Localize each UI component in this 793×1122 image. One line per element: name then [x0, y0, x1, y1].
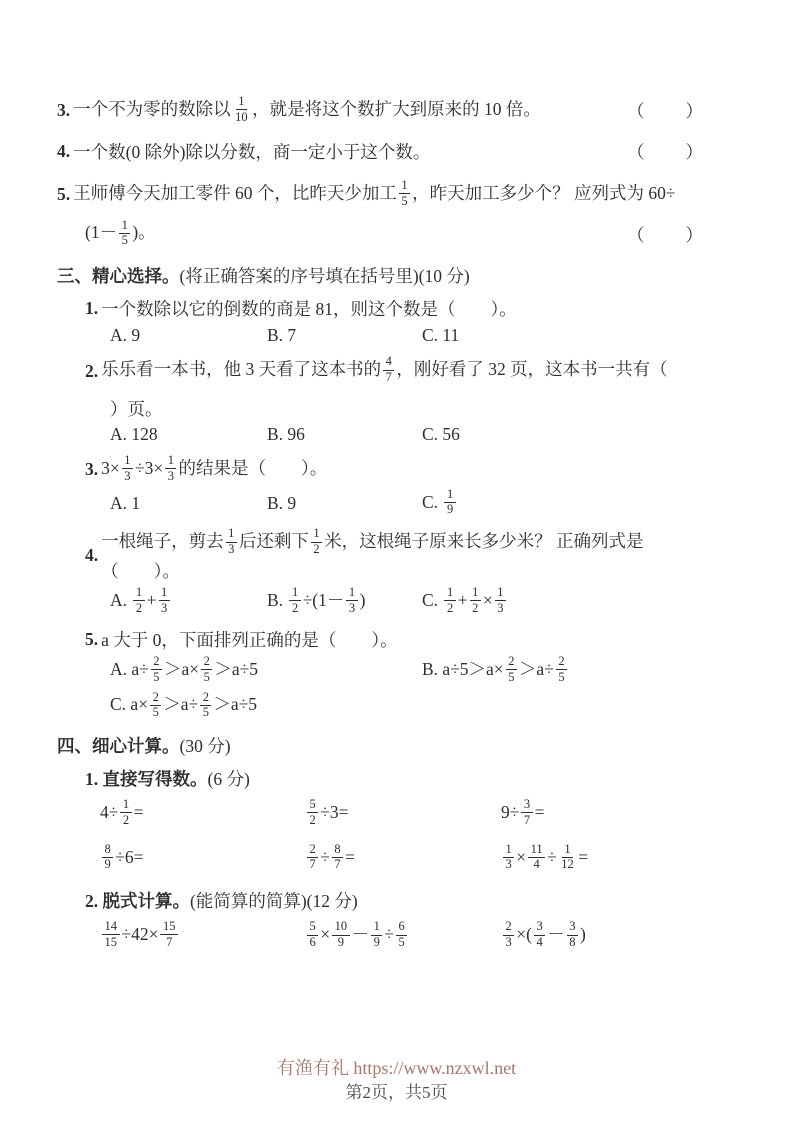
fraction: 13 [159, 586, 170, 616]
fraction: 157 [160, 920, 178, 950]
fraction: 13 [226, 527, 237, 557]
option-a: A. 1 [110, 493, 267, 514]
stepwise-calc-row: 1415÷42×157 56×109－19÷65 23×(34－38) [57, 921, 705, 951]
section-calc-heading: 四、细心计算。(30 分) [57, 733, 705, 758]
item-number: 1. [85, 298, 98, 319]
fraction: 114 [528, 843, 545, 873]
fraction: 12 [311, 527, 322, 557]
calc-stepwise-label: 2. 脱式计算。(能简算的简算)(12 分) [57, 888, 705, 913]
expression: 27÷87= [305, 844, 501, 874]
option-c: C. 19 [422, 489, 705, 519]
option-a: A. 128 [110, 424, 267, 445]
choice-item-2-options: A. 128 B. 96 C. 56 [57, 424, 705, 445]
expression: 89÷6= [100, 844, 305, 874]
expression: 1415÷42×157 [100, 921, 305, 951]
answer-bracket: （ ） [627, 139, 705, 164]
item-number: 3. [57, 100, 70, 121]
page-indicator: 第2页，共5页 [0, 1081, 793, 1106]
choice-item-2-continuation: ）页。 [57, 396, 705, 421]
fraction: 56 [307, 920, 318, 950]
fraction: 89 [102, 843, 113, 873]
fraction: 23 [503, 920, 514, 950]
item-number: 2. [85, 361, 98, 382]
choice-item-4-stem: 4. 一根绳子，剪去13后还剩下12米，这根绳子原来长多少米？ 正确列式是（ ）… [57, 528, 705, 583]
fraction: 13 [165, 454, 176, 484]
watermark-site-link: 有渔有礼 https://www.nzxwl.net [0, 1055, 793, 1081]
fraction: 38 [567, 920, 578, 950]
expression: 13×114÷112= [501, 844, 705, 874]
fraction: 34 [534, 920, 545, 950]
option-c: C. 56 [422, 424, 705, 445]
option-b: B. 7 [267, 325, 422, 346]
fraction: 15 [399, 179, 410, 209]
fraction: 109 [332, 920, 350, 950]
item-number: 4. [85, 545, 98, 566]
fraction: 47 [383, 355, 394, 385]
fraction: 25 [201, 655, 212, 685]
item-text: 一个数除以它的倒数的商是 81，则这个数是（ ）。 [101, 296, 705, 321]
fraction: 25 [506, 655, 517, 685]
item-text: 一个数(0 除外)除以分数，商一定小于这个数。 [73, 139, 615, 164]
fraction: 13 [122, 454, 133, 484]
option-b: B. 96 [267, 424, 422, 445]
expression: 23×(34－38) [501, 921, 705, 951]
fraction: 12 [289, 586, 300, 616]
choice-item-4-options: A. 12+13 B. 12÷(1－13) C. 12+12×13 [57, 587, 705, 617]
choice-item-5-stem: 5. a 大于 0，下面排列正确的是（ ）。 [57, 627, 705, 652]
fraction: 25 [200, 691, 211, 721]
item-number: 3. [85, 459, 98, 480]
fraction: 37 [521, 798, 532, 828]
option-c: C. a×25＞a÷25＞a÷5 [110, 694, 257, 714]
fraction: 12 [133, 586, 144, 616]
judge-item-3: 3. 一个不为零的数除以110，就是将这个数扩大到原来的 10 倍。 （ ） [57, 96, 705, 126]
option-b: B. a÷5＞a×25＞a÷25 [422, 656, 705, 686]
section-note: (将正确答案的序号填在括号里)(10 分) [180, 266, 470, 286]
choice-item-5-options-ab: A. a÷25＞a×25＞a÷5 B. a÷5＞a×25＞a÷25 [57, 656, 705, 686]
answer-bracket: （ ） [627, 98, 705, 123]
fraction: 112 [559, 843, 577, 873]
page-footer: 有渔有礼 https://www.nzxwl.net 第2页，共5页 [0, 1055, 793, 1106]
fraction: 52 [307, 798, 318, 828]
fraction: 15 [119, 219, 130, 249]
item-text: 一根绳子，剪去13后还剩下12米，这根绳子原来长多少米？ 正确列式是（ ）。 [101, 528, 705, 583]
expression: 52÷3= [305, 799, 501, 829]
choice-item-3-stem: 3. 3×13÷3×13的结果是（ ）。 [57, 455, 705, 485]
sub-label: 1. 直接写得数。 [85, 769, 208, 789]
option-b: B. 9 [267, 493, 422, 514]
section-note: (30 分) [180, 736, 231, 756]
item-number: 5. [85, 629, 98, 650]
option-a: A. 12+13 [110, 587, 267, 617]
item-text: (1－15)。 [85, 219, 615, 249]
judge-item-5-line1: 5. 王师傅今天加工零件 60 个，比昨天少加工15，昨天加工多少个？ 应列式为… [57, 180, 705, 210]
fraction: 25 [151, 655, 162, 685]
item-text: 3×13÷3×13的结果是（ ）。 [101, 455, 705, 485]
option-b: B. 12÷(1－13) [267, 587, 422, 617]
sub-label: 2. 脱式计算。 [85, 891, 190, 911]
fraction: 19 [444, 488, 455, 518]
item-number: 5. [57, 184, 70, 205]
fraction: 27 [307, 843, 318, 873]
judge-item-5-line2: (1－15)。 （ ） [57, 219, 705, 249]
sub-note: (6 分) [208, 769, 250, 789]
choice-item-5-option-c: C. a×25＞a÷25＞a÷5 [57, 691, 705, 721]
expression: 4÷12= [100, 799, 305, 829]
fraction: 65 [396, 920, 407, 950]
sub-note: (能简算的简算)(12 分) [190, 891, 358, 911]
fraction: 13 [346, 586, 357, 616]
section-title: 四、细心计算。 [57, 736, 180, 756]
item-text: 一个不为零的数除以110，就是将这个数扩大到原来的 10 倍。 [73, 96, 615, 126]
item-text: a 大于 0，下面排列正确的是（ ）。 [101, 627, 705, 652]
choice-item-3-options: A. 1 B. 9 C. 19 [57, 489, 705, 519]
worksheet-content: 3. 一个不为零的数除以110，就是将这个数扩大到原来的 10 倍。 （ ） 4… [0, 0, 793, 951]
choice-item-1-options: A. 9 B. 7 C. 11 [57, 325, 705, 346]
item-number: 4. [57, 141, 70, 162]
worksheet-page: 3. 一个不为零的数除以110，就是将这个数扩大到原来的 10 倍。 （ ） 4… [0, 0, 793, 1122]
fraction: 12 [470, 586, 481, 616]
option-a: A. 9 [110, 325, 267, 346]
section-choice-heading: 三、精心选择。(将正确答案的序号填在括号里)(10 分) [57, 263, 705, 288]
option-a: A. a÷25＞a×25＞a÷5 [110, 656, 422, 686]
direct-calc-row-1: 4÷12= 52÷3= 9÷37= [57, 799, 705, 829]
fraction: 19 [371, 920, 382, 950]
choice-item-2-stem: 2. 乐乐看一本书，他 3 天看了这本书的47，刚好看了 32 页，这本书一共有… [57, 356, 705, 386]
fraction: 87 [332, 843, 343, 873]
fraction: 13 [495, 586, 506, 616]
fraction: 25 [150, 691, 161, 721]
expression: 56×109－19÷65 [305, 921, 501, 951]
fraction: 110 [233, 95, 251, 125]
answer-bracket: （ ） [627, 222, 705, 247]
judge-item-4: 4. 一个数(0 除外)除以分数，商一定小于这个数。 （ ） [57, 139, 705, 164]
option-c: C. 11 [422, 325, 705, 346]
item-text: 王师傅今天加工零件 60 个，比昨天少加工15，昨天加工多少个？ 应列式为 60… [73, 180, 705, 210]
fraction: 13 [503, 843, 514, 873]
direct-calc-row-2: 89÷6= 27÷87= 13×114÷112= [57, 844, 705, 874]
calc-direct-label: 1. 直接写得数。(6 分) [57, 766, 705, 791]
fraction: 12 [120, 798, 131, 828]
fraction: 1415 [102, 920, 120, 950]
choice-item-1-stem: 1. 一个数除以它的倒数的商是 81，则这个数是（ ）。 [57, 296, 705, 321]
item-text: ）页。 [110, 399, 163, 419]
section-title: 三、精心选择。 [57, 266, 180, 286]
option-c: C. 12+12×13 [422, 587, 705, 617]
fraction: 12 [444, 586, 455, 616]
item-text: 乐乐看一本书，他 3 天看了这本书的47，刚好看了 32 页，这本书一共有（ [101, 356, 705, 386]
expression: 9÷37= [501, 799, 705, 829]
fraction: 25 [556, 655, 567, 685]
